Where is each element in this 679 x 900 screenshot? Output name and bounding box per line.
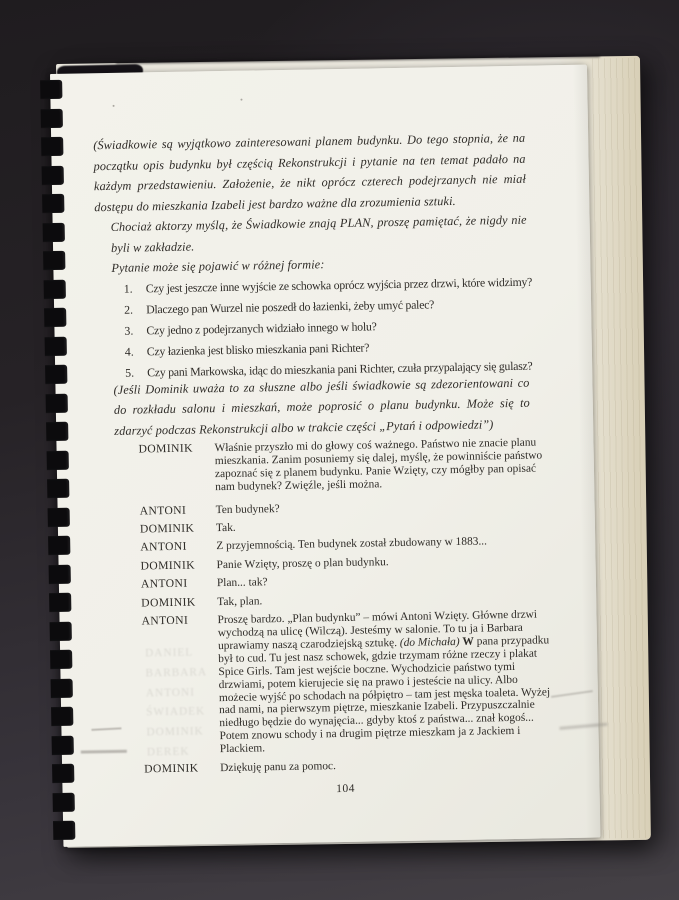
comb-tooth	[49, 564, 71, 583]
dialogue-segment: Tak, plan.	[217, 595, 262, 608]
dialogue-row-7: DOMINIKTak, plan.	[101, 590, 533, 610]
comb-binding	[40, 74, 77, 847]
comb-tooth	[40, 80, 62, 99]
speaker-name: ANTONI	[140, 504, 216, 518]
comb-tooth	[46, 422, 68, 441]
dialogue-segment: Dziękuję panu za pomoc.	[220, 760, 336, 774]
dialogue-row-2: ANTONITen budynek?	[100, 498, 532, 518]
comb-tooth	[51, 678, 73, 697]
question-number: 3.	[124, 320, 146, 341]
dialogue-row-6: ANTONIPlan... tak?	[101, 572, 533, 592]
dialogue-segment: Ten budynek?	[216, 503, 280, 516]
dialogue-segment: Tak.	[216, 522, 236, 534]
speaker-name: DOMINIK	[141, 596, 217, 610]
comb-tooth	[48, 536, 70, 555]
comb-tooth	[53, 792, 75, 811]
bleed-through-name: DANIEL	[145, 643, 207, 664]
question-number: 4.	[125, 341, 147, 362]
comb-tooth	[43, 222, 65, 241]
dialogue-text: Panie Wzięty, proszę o plan budynku.	[216, 553, 550, 572]
dialogue-text: Z przyjemnością. Ten budynek został zbud…	[216, 535, 550, 554]
comb-tooth	[50, 621, 72, 640]
comb-tooth	[50, 650, 72, 669]
bleed-through-name: BARBARA	[145, 663, 207, 684]
comb-tooth	[42, 165, 64, 184]
comb-tooth	[41, 137, 63, 156]
comb-tooth	[43, 251, 65, 270]
comb-tooth	[44, 279, 66, 298]
intro-paragraph-1: (Świadkowie są wyjątkowo zainteresowani …	[93, 128, 526, 218]
dialogue-text: Tak.	[216, 516, 550, 535]
speaker-name: DOMINIK	[140, 522, 216, 536]
bleed-through-name: ANTONI	[146, 683, 208, 704]
dialogue-row-5: DOMINIKPanie Wzięty, proszę o plan budyn…	[101, 553, 533, 573]
dialogue-segment: Plan... tak?	[217, 577, 268, 590]
speaker-name: DOMINIK	[144, 762, 220, 776]
dialogue-text: Właśnie przyszło mi do głowy coś ważnego…	[214, 436, 549, 493]
bleed-through-name: DOMINIK	[146, 723, 208, 744]
comb-tooth	[45, 365, 67, 384]
stage-note: (Jeśli Dominik uważa to za słuszne albo …	[97, 372, 530, 441]
speaker-name: ANTONI	[141, 577, 217, 591]
bleed-through-name: ŚWIADEK	[146, 703, 208, 724]
comb-tooth	[48, 507, 70, 526]
dialogue-segment: Właśnie przyszło mi do głowy coś ważnego…	[214, 437, 542, 493]
page-number: 104	[336, 783, 355, 795]
dialogue-segment: (do Michała)	[400, 636, 460, 649]
dialogue-row-4: ANTONIZ przyjemnością. Ten budynek zosta…	[100, 535, 532, 555]
dialogue-segment: pana przypadku był to cud. Tu jest nasz …	[218, 634, 550, 755]
dialogue-text: Ten budynek?	[216, 498, 550, 517]
comb-tooth	[45, 336, 67, 355]
comb-tooth	[52, 735, 74, 754]
speaker-name: ANTONI	[140, 541, 216, 555]
comb-tooth	[46, 393, 68, 412]
dialogue-segment: W	[462, 636, 474, 648]
dialogue-text: Proszę bardzo. „Plan budynku” – mówi Ant…	[217, 608, 553, 756]
question-list: 1.Czy jest jeszcze inne wyjście ze schow…	[96, 271, 530, 384]
speaker-name: DOMINIK	[138, 442, 215, 495]
question-number: 1.	[124, 278, 146, 299]
photo-background: (Świadkowie są wyjątkowo zainteresowani …	[0, 0, 679, 900]
dialogue-text: Plan... tak?	[217, 572, 551, 591]
comb-tooth	[53, 821, 75, 840]
comb-tooth	[41, 108, 63, 127]
comb-tooth	[51, 707, 73, 726]
comb-tooth	[47, 450, 69, 469]
comb-tooth	[49, 593, 71, 612]
bleed-through-name: DEREK	[147, 742, 209, 763]
comb-tooth	[47, 479, 69, 498]
question-number: 2.	[124, 299, 146, 320]
pencil-smudge	[551, 690, 593, 698]
bleed-through-text: DANIELBARBARAANTONIŚWIADEKDOMINIKDEREK	[145, 643, 209, 763]
scanned-page: (Świadkowie są wyjątkowo zainteresowani …	[50, 65, 600, 847]
dialogue-row-3: DOMINIKTak.	[100, 517, 532, 537]
comb-tooth	[44, 308, 66, 327]
dialogue-segment: Panie Wzięty, proszę o plan budynku.	[216, 556, 388, 571]
comb-tooth	[52, 764, 74, 783]
dialogue-text: Tak, plan.	[217, 590, 551, 609]
comb-tooth	[42, 194, 64, 213]
speaker-name: DOMINIK	[141, 559, 217, 573]
dialogue-text: Dziękuję panu za pomoc.	[220, 756, 554, 775]
dialogue-segment: Z przyjemnością. Ten budynek został zbud…	[216, 536, 487, 553]
dialogue-row-1: DOMINIKWłaśnie przyszło mi do głowy coś …	[98, 437, 531, 496]
